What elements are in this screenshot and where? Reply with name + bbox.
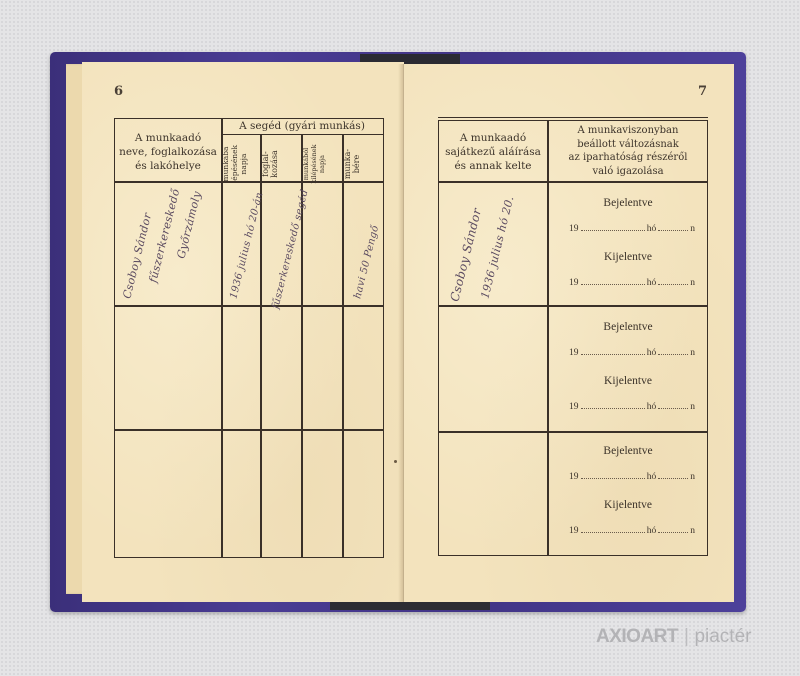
blank-line [581, 277, 645, 285]
employment-table-right: A munkaadó sajátkezű aláírása és annak k… [438, 120, 708, 556]
registered-label: Bejelentve [549, 197, 707, 209]
registered-date-line: 19hón [569, 471, 695, 482]
row-divider-1 [115, 305, 383, 307]
blank-line [581, 347, 645, 355]
page-number-left: 6 [114, 84, 123, 99]
blank-line [658, 347, 688, 355]
registered-label: Bejelentve [549, 445, 707, 457]
day-suffix: n [690, 402, 695, 412]
month-label: hó [647, 348, 657, 358]
row-divider-2 [115, 429, 383, 431]
authority-cell-1: Bejelentve 19hón Kijelentve 19hón [549, 183, 707, 305]
registered-label: Bejelentve [549, 321, 707, 333]
authority-cell-2: Bejelentve 19hón Kijelentve 19hón [549, 307, 707, 431]
year-prefix: 19 [569, 278, 579, 288]
month-label: hó [647, 402, 657, 412]
day-suffix: n [690, 278, 695, 288]
handwritten-signature: Csoboy Sándor [447, 207, 484, 303]
authority-cell-3: Bejelentve 19hón Kijelentve 19hón [549, 433, 707, 555]
blank-line [658, 223, 688, 231]
blank-line [658, 471, 688, 479]
day-suffix: n [690, 526, 695, 536]
year-prefix: 19 [569, 526, 579, 536]
employment-table-left: A munkaadó neve, foglalkozása és lakóhel… [114, 118, 384, 558]
handwritten-occupation: fűszerkereskedő segéd [270, 188, 310, 310]
blank-line [658, 277, 688, 285]
handwritten-signature-date: 1936 julius hó 20. [478, 195, 516, 300]
watermark-separator: | [684, 626, 688, 647]
blank-line [581, 471, 645, 479]
deregistered-label: Kijelentve [549, 499, 707, 511]
deregistered-label: Kijelentve [549, 375, 707, 387]
header-bottom-rule [115, 181, 383, 183]
col-divider-4 [342, 135, 344, 557]
blank-line [581, 223, 645, 231]
handwritten-employer-name: Csoboy Sándor [120, 211, 154, 300]
blank-line [581, 525, 645, 533]
month-label: hó [647, 278, 657, 288]
watermark-brand: AXIOART [596, 626, 678, 647]
month-label: hó [647, 224, 657, 234]
day-suffix: n [690, 224, 695, 234]
month-label: hó [647, 526, 657, 536]
header-authority: A munkaviszonyban beállott változásnak a… [549, 124, 707, 178]
deregistered-label: Kijelentve [549, 251, 707, 263]
year-prefix: 19 [569, 472, 579, 482]
watermark-logo: AXIOART|piactér [596, 626, 751, 648]
header-assistant-group: A segéd (gyári munkás) [221, 119, 383, 134]
deregistered-date-line: 19hón [569, 401, 695, 412]
page-number-right: 7 [698, 84, 707, 99]
day-suffix: n [690, 348, 695, 358]
registered-date-line: 19hón [569, 347, 695, 358]
deregistered-date-line: 19hón [569, 525, 695, 536]
watermark-sub: piactér [694, 626, 751, 647]
year-prefix: 19 [569, 402, 579, 412]
header-signature: A munkaadó sajátkezű aláírása és annak k… [439, 131, 547, 173]
handwritten-wage: havi 50 Pengő [352, 224, 381, 300]
day-suffix: n [690, 472, 695, 482]
year-prefix: 19 [569, 348, 579, 358]
top-rule-right [438, 117, 708, 118]
year-prefix: 19 [569, 224, 579, 234]
blank-line [658, 525, 688, 533]
month-label: hó [647, 472, 657, 482]
binding-hole [394, 460, 397, 463]
deregistered-date-line: 19hón [569, 277, 695, 288]
blank-line [581, 401, 645, 409]
handwritten-employer-occupation: fűszerkereskedő [146, 187, 182, 284]
blank-line [658, 401, 688, 409]
registered-date-line: 19hón [569, 223, 695, 234]
header-employer: A munkaadó neve, foglalkozása és lakóhel… [115, 131, 221, 173]
